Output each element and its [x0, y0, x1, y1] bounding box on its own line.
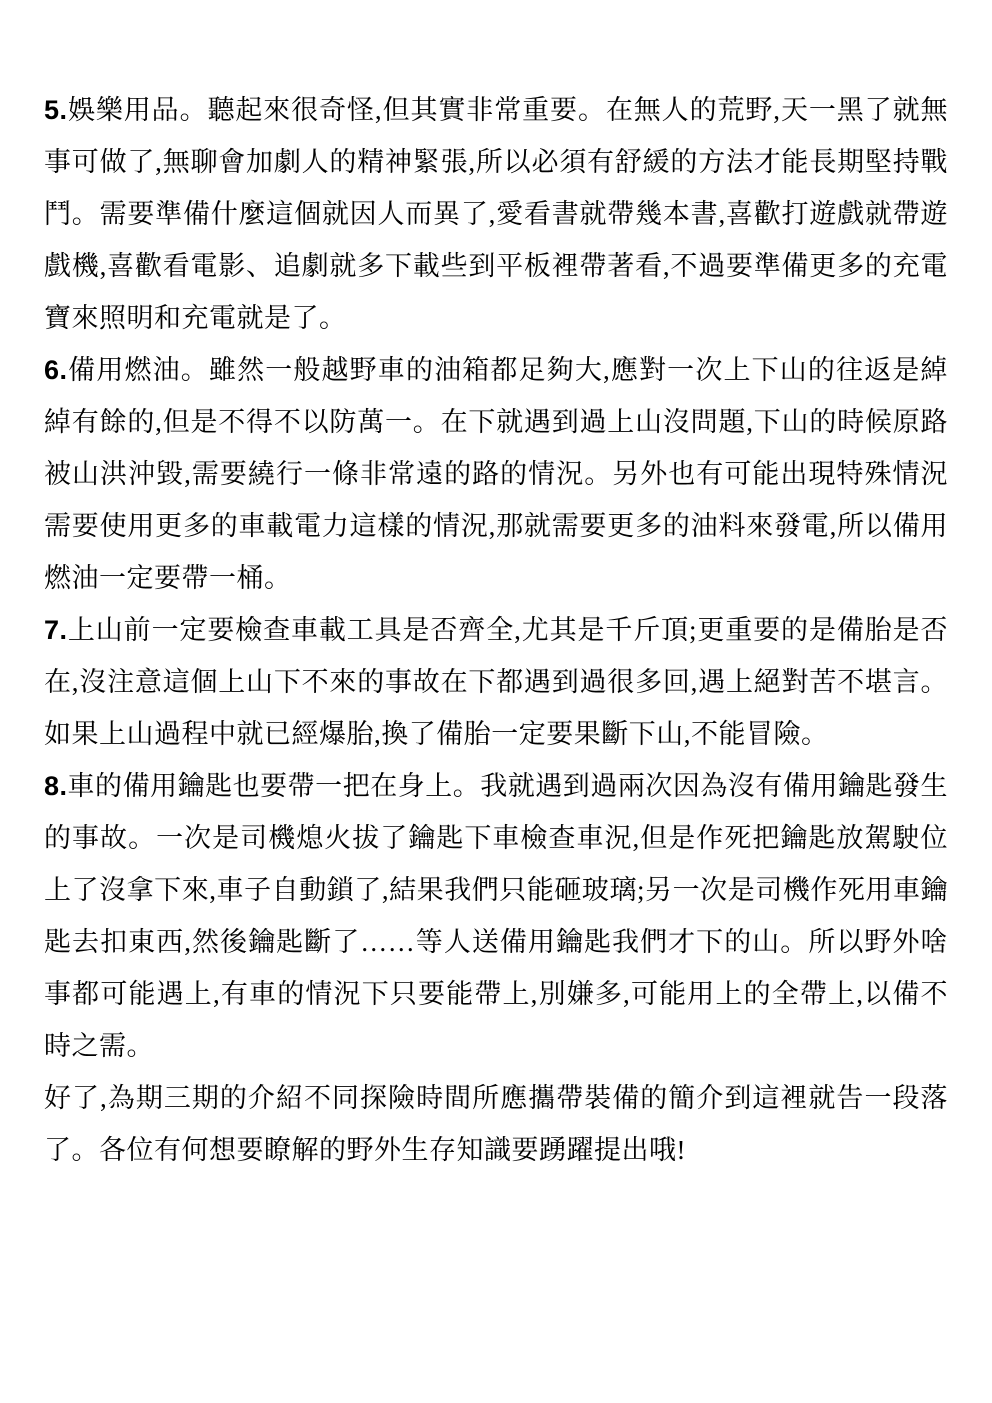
document-page: 5.娛樂用品。聽起來很奇怪,但其實非常重要。在無人的荒野,天一黑了就無事可做了,… [0, 0, 992, 1403]
paragraph-text: 好了,為期三期的介紹不同探險時間所應攜帶裝備的簡介到這裡就告一段落了。各位有何想… [44, 1083, 948, 1165]
closing-paragraph: 好了,為期三期的介紹不同探險時間所應攜帶裝備的簡介到這裡就告一段落了。各位有何想… [44, 1072, 948, 1176]
paragraph-text: 娛樂用品。聽起來很奇怪,但其實非常重要。在無人的荒野,天一黑了就無事可做了,無聊… [44, 95, 948, 333]
paragraph-text: 備用燃油。雖然一般越野車的油箱都足夠大,應對一次上下山的往返是綽綽有餘的,但是不… [44, 355, 948, 593]
paragraph-number: 7. [44, 615, 68, 645]
paragraph-number: 5. [44, 95, 68, 125]
paragraph-item-7: 7.上山前一定要檢查車載工具是否齊全,尤其是千斤頂;更重要的是備胎是否在,沒注意… [44, 604, 948, 760]
paragraph-item-6: 6.備用燃油。雖然一般越野車的油箱都足夠大,應對一次上下山的往返是綽綽有餘的,但… [44, 344, 948, 604]
paragraph-number: 8. [44, 771, 68, 801]
paragraph-item-8: 8.車的備用鑰匙也要帶一把在身上。我就遇到過兩次因為沒有備用鑰匙發生的事故。一次… [44, 760, 948, 1072]
paragraph-text: 車的備用鑰匙也要帶一把在身上。我就遇到過兩次因為沒有備用鑰匙發生的事故。一次是司… [44, 771, 948, 1061]
paragraph-text: 上山前一定要檢查車載工具是否齊全,尤其是千斤頂;更重要的是備胎是否在,沒注意這個… [44, 615, 948, 749]
paragraph-item-5: 5.娛樂用品。聽起來很奇怪,但其實非常重要。在無人的荒野,天一黑了就無事可做了,… [44, 84, 948, 344]
paragraph-number: 6. [44, 355, 68, 385]
